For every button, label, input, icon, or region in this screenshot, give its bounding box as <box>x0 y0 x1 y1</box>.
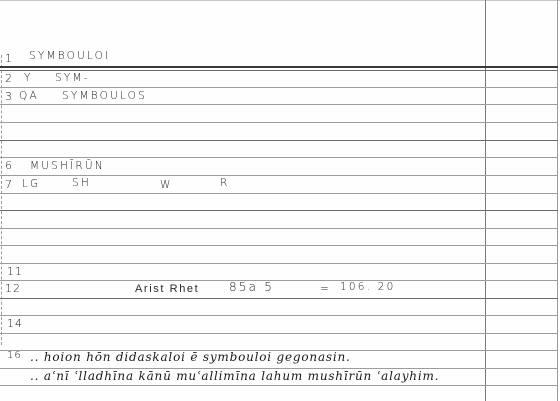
column-w: W <box>160 179 173 191</box>
ruled-line <box>0 140 558 141</box>
line-number: 6 <box>5 159 13 172</box>
ruled-line <box>0 193 558 194</box>
line-number: 14 <box>7 317 23 330</box>
ruled-line <box>0 385 558 386</box>
line-number: 12 <box>5 282 21 295</box>
card-right-border <box>557 0 558 401</box>
ruled-line <box>0 245 558 246</box>
source-reference: Arist Rhet <box>135 283 199 295</box>
ruled-line <box>0 122 558 123</box>
line-number: 2 <box>5 72 13 85</box>
line-text: SYMBOULOS <box>62 90 147 102</box>
ruled-line <box>0 66 558 68</box>
card-left-margin <box>1 55 3 345</box>
line-number: 7 <box>5 178 13 191</box>
card-top-border <box>0 0 560 1</box>
ruled-line <box>0 333 558 334</box>
ruled-line <box>0 315 558 316</box>
source-code: QA <box>19 90 39 102</box>
column-divider <box>485 0 486 401</box>
source-code: LG <box>22 178 40 190</box>
ruled-line <box>0 210 558 211</box>
greek-passage: .. hoion hōn didaskaloi ē symbouloi gego… <box>30 350 351 364</box>
line-number: 16 <box>7 350 22 361</box>
line-text: SYM- <box>55 72 90 84</box>
ruled-line <box>0 70 558 71</box>
page-line-reference: 106. 20 <box>340 281 395 293</box>
ruled-line <box>0 228 558 229</box>
arabic-passage: .. aʿnī ʿlladhīna kānū muʿallimīna lahum… <box>30 369 439 383</box>
column-r: R <box>220 177 230 189</box>
locus: 85a 5 <box>229 280 274 294</box>
ruled-line <box>0 175 558 176</box>
ruled-line <box>0 298 558 299</box>
source-code: Y <box>24 72 33 84</box>
ruled-line <box>0 87 558 88</box>
ruled-line <box>0 157 558 158</box>
line-number: 3 <box>5 90 13 103</box>
equals-sign: = <box>320 283 331 295</box>
column-sh: SH <box>72 177 91 189</box>
ruled-line <box>0 263 558 264</box>
headword: SYMBOULOI <box>29 50 110 62</box>
ruled-line <box>0 280 558 281</box>
line-number: 1 <box>5 52 13 65</box>
arabic-equivalent: MUSHĪRŪN <box>30 160 105 172</box>
ruled-line <box>0 104 558 105</box>
line-number: 11 <box>7 265 23 278</box>
index-card: 1 SYMBOULOI 2 Y SYM- 3 QA SYMBOULOS 6 MU… <box>0 0 560 401</box>
